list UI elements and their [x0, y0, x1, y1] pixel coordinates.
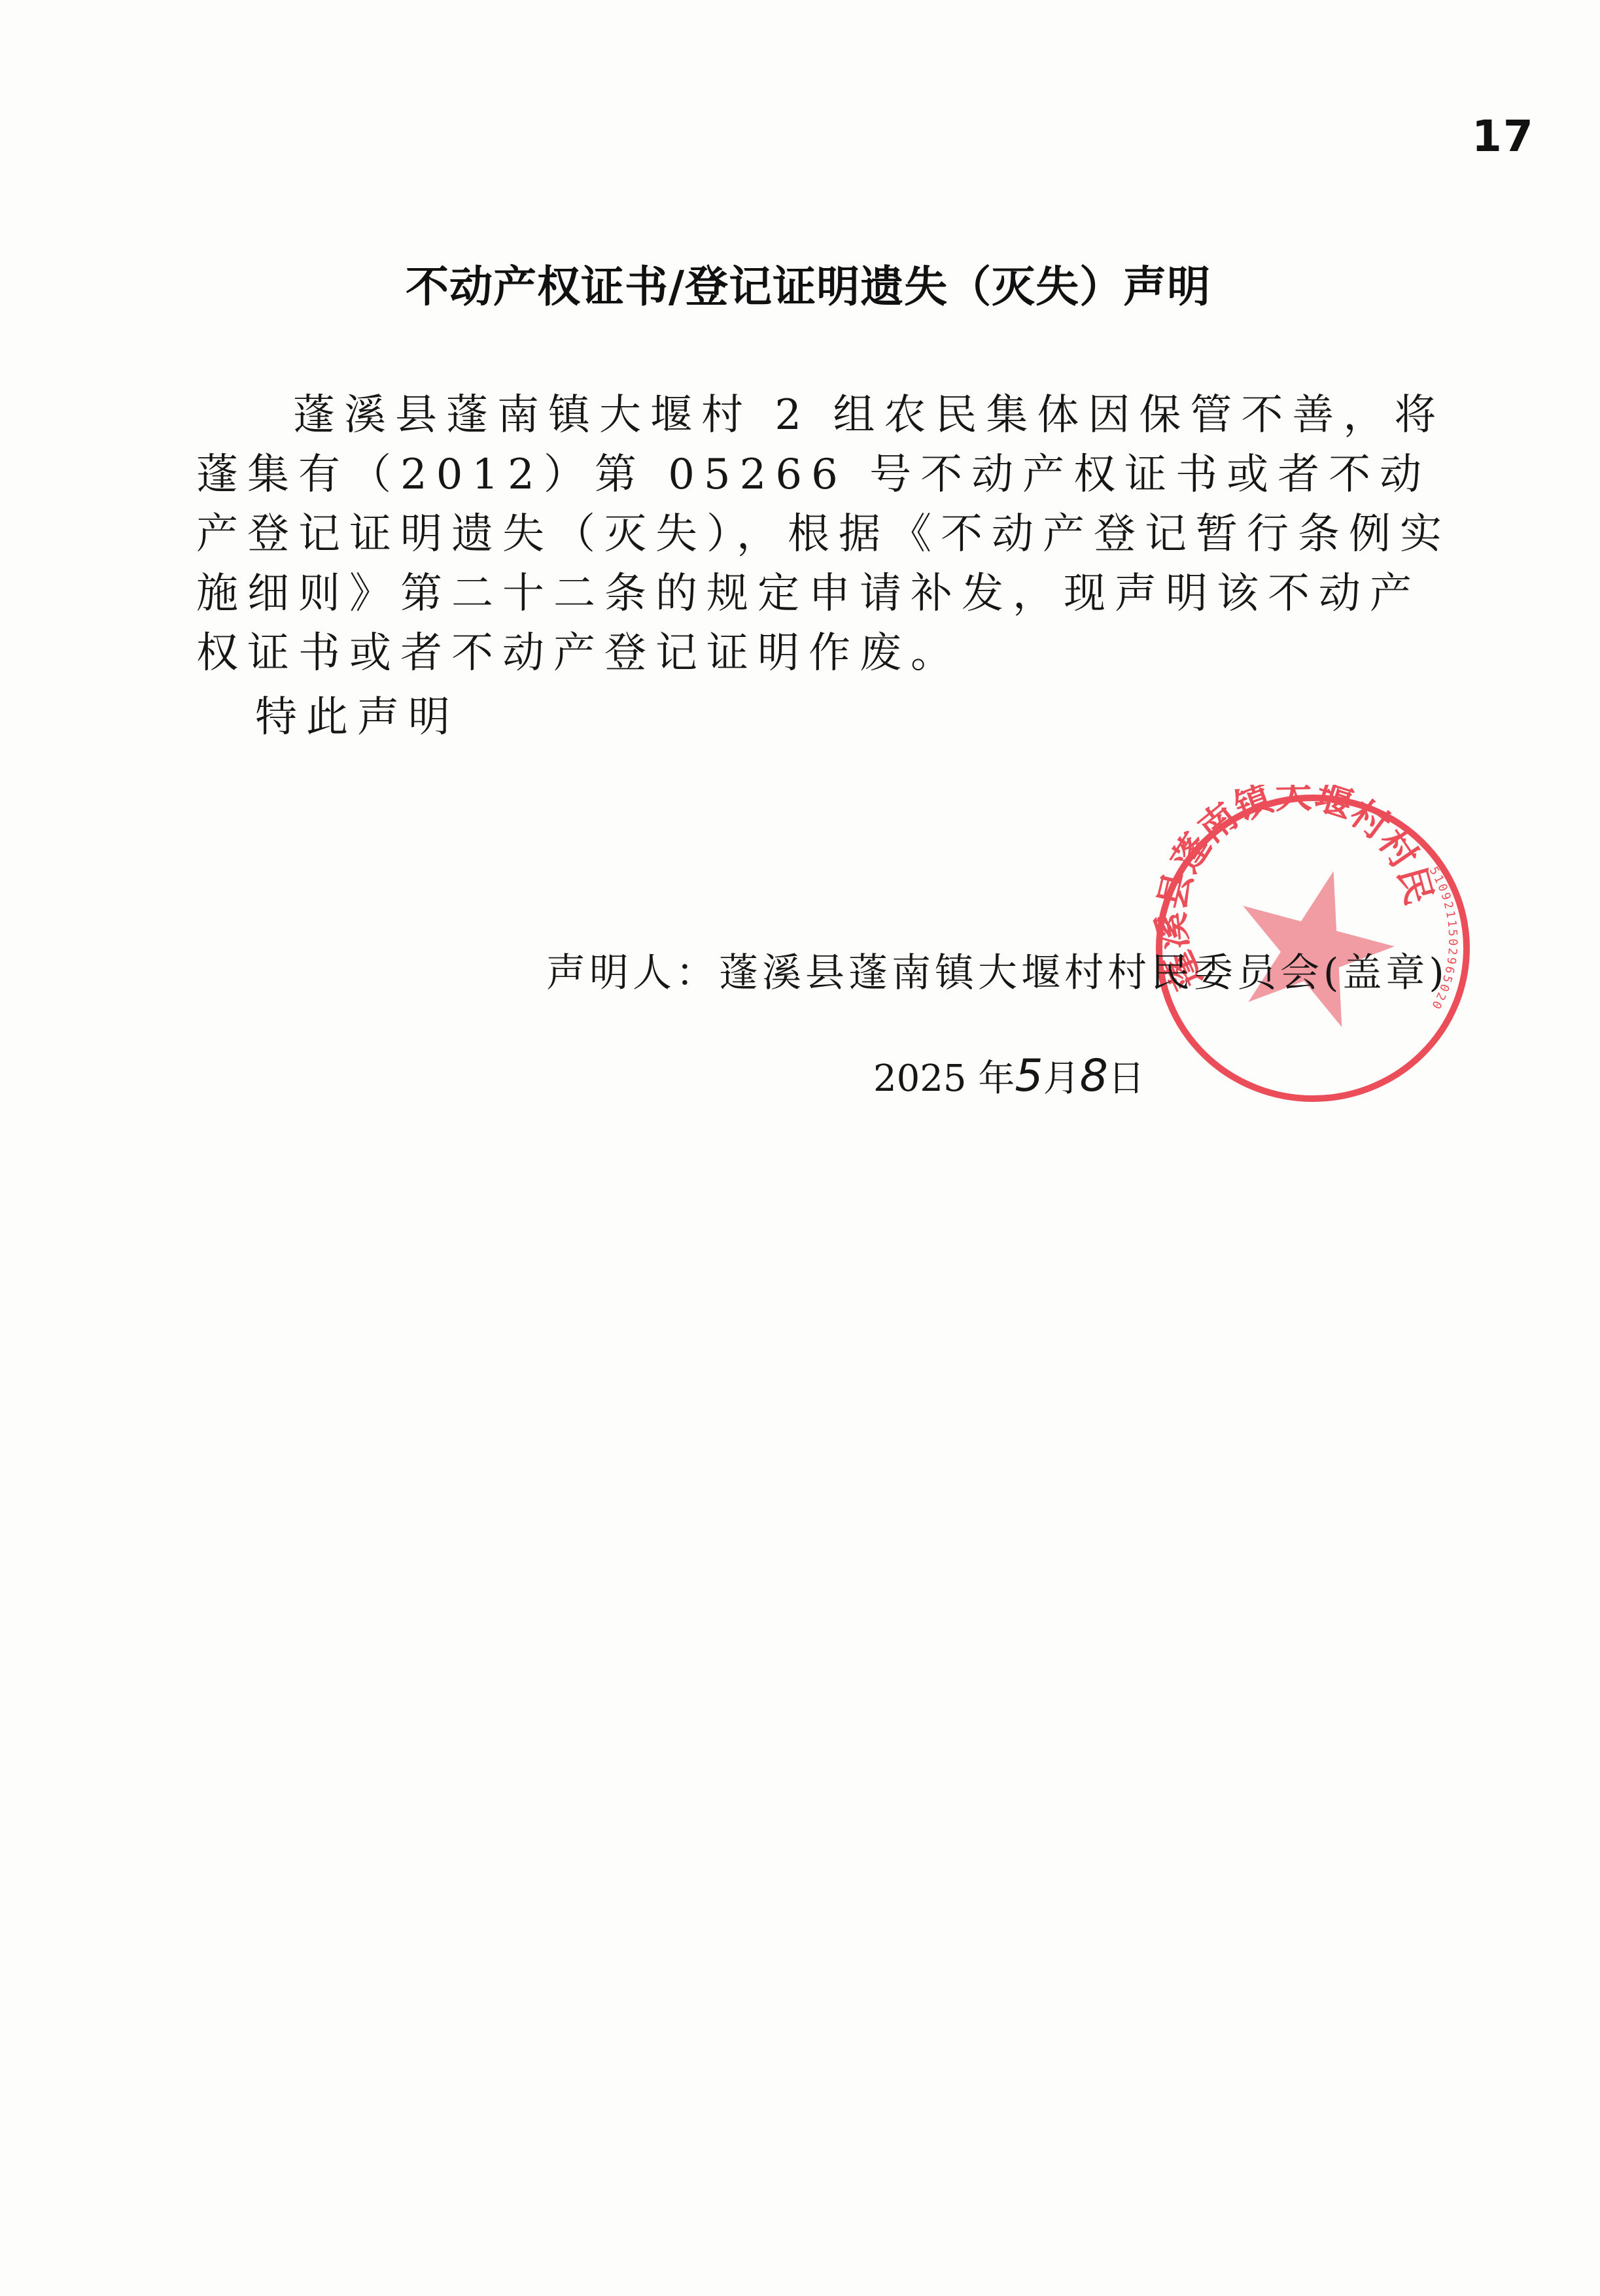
date-month-handwritten: 5: [1015, 1050, 1043, 1102]
declaration-paragraph: 蓬溪县蓬南镇大堰村 2 组农民集体因保管不善，将蓬集有（2012）第 05266…: [196, 386, 1459, 683]
date-month-unit: 月: [1043, 1057, 1080, 1100]
declarant-label: 声明人：: [546, 950, 719, 996]
declaration-body: 蓬溪县蓬南镇大堰村 2 组农民集体因保管不善，将蓬集有（2012）第 05266…: [196, 386, 1459, 683]
date-day-handwritten: 8: [1080, 1050, 1108, 1102]
date-year: 2025: [873, 1057, 967, 1100]
declarant-line: 声明人：蓬溪县蓬南镇大堰村村民委员会(盖章): [546, 942, 1448, 998]
declaration-date: 2025 年5月8日: [873, 1050, 1145, 1102]
document-title: 不动产权证书/登记证明遗失（灭失）声明: [406, 252, 1321, 314]
seal-note: (盖章): [1323, 950, 1448, 996]
declarant-entity: 蓬溪县蓬南镇大堰村村民委员会: [719, 950, 1323, 996]
closing-statement: 特此声明: [255, 683, 459, 744]
date-year-unit: 年: [967, 1057, 1015, 1100]
page-number: 17: [1472, 111, 1535, 162]
date-day-unit: 日: [1108, 1057, 1145, 1100]
